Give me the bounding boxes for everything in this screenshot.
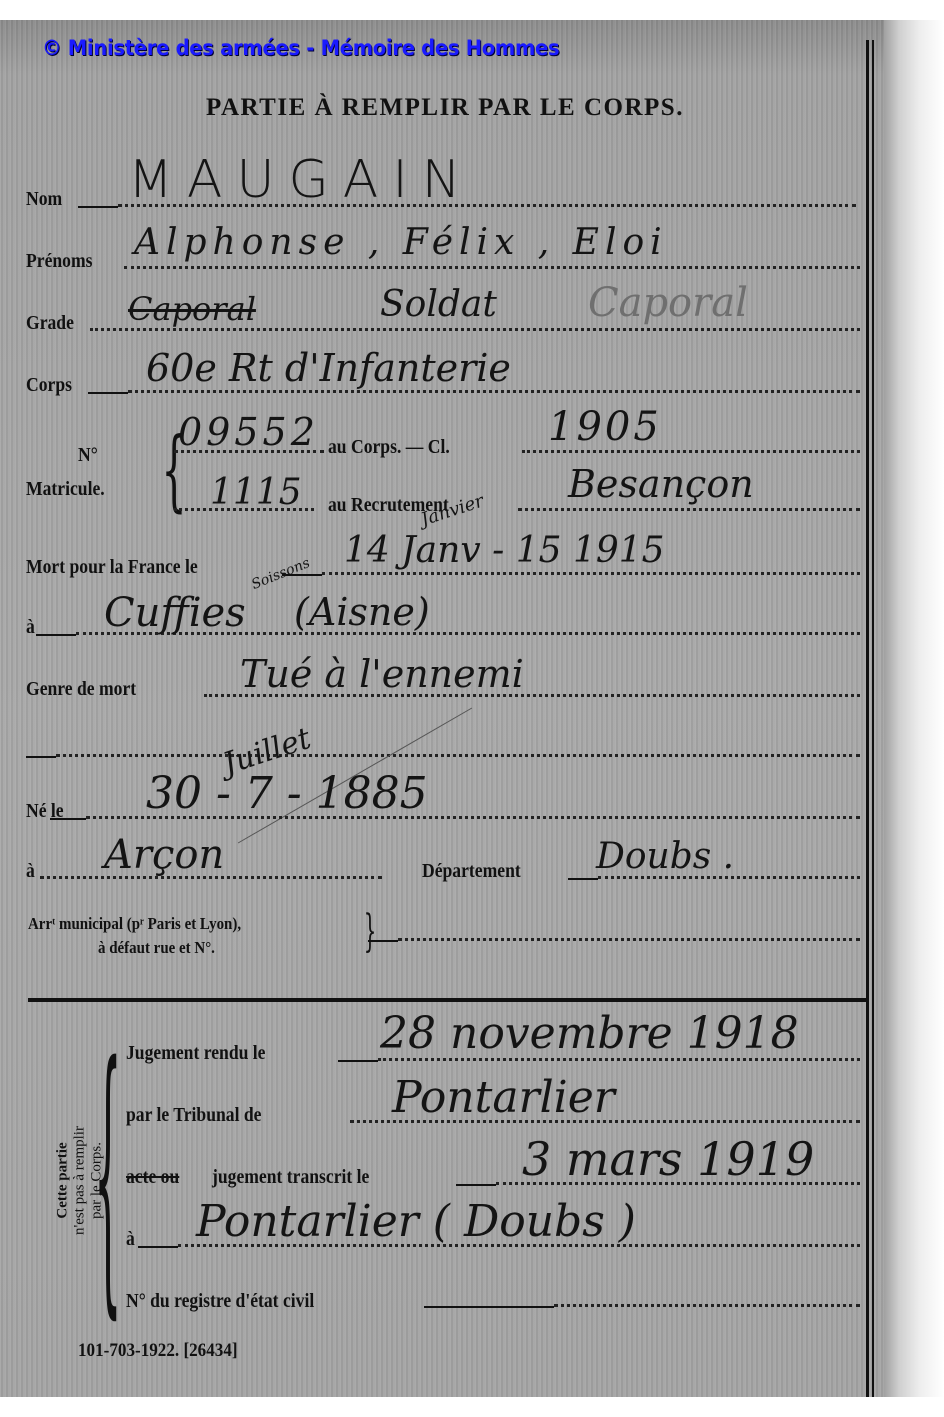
value-jugement-transcrit: 3 mars 1919 <box>522 1132 814 1186</box>
copyright-watermark: © Ministère des armées - Mémoire des Hom… <box>42 36 559 60</box>
dotted-line-registre <box>554 1304 860 1307</box>
side-note-line-2: n'est pas à remplir <box>72 1071 89 1291</box>
value-grade-struck: Caporal <box>128 290 256 328</box>
rule-dash <box>568 878 598 880</box>
label-matricule-no: N° <box>78 444 98 467</box>
dotted-line-blank <box>56 754 860 757</box>
form-reference: 101-703-1922. [26434] <box>78 1340 238 1362</box>
label-acte-ou-struck: acte ou <box>126 1166 179 1189</box>
label-mort: Mort pour la France le <box>26 556 198 579</box>
value-corps: 60e Rt d'Infanterie <box>146 346 511 390</box>
value-grade: Soldat <box>380 284 497 325</box>
dotted-line-arrondissement <box>398 938 860 941</box>
label-tribunal: par le Tribunal de <box>126 1104 261 1127</box>
section-separator <box>28 998 866 1002</box>
form-title: PARTIE À REMPLIR PAR LE CORPS. <box>0 94 890 122</box>
rule-dash <box>138 1246 178 1248</box>
brace-judgment: { <box>94 1030 122 1320</box>
rule-dash <box>88 392 128 394</box>
label-lieu-naissance: à <box>26 860 35 883</box>
label-jugement-transcrit: jugement transcrit le <box>212 1166 369 1189</box>
label-lieu-mort: à <box>26 616 35 639</box>
value-genre-mort: Tué à l'ennemi <box>240 652 524 696</box>
label-au-corps: au Corps. — Cl. <box>328 436 450 459</box>
dotted-line-corps <box>128 390 860 393</box>
label-arrondissement-1: Arrᵗ municipal (pʳ Paris et Lyon), <box>28 914 241 934</box>
side-note-line-1: Cette partie <box>55 1071 72 1291</box>
page-edge-fade <box>884 20 944 1397</box>
rule-dash <box>368 940 398 942</box>
label-prenoms: Prénoms <box>26 250 92 273</box>
value-lieu-mort-dept: (Aisne) <box>294 590 430 634</box>
label-registre: N° du registre d'état civil <box>126 1290 314 1313</box>
value-lieu-mort: Cuffies <box>104 590 246 636</box>
label-arrondissement-2: à défaut rue et N°. <box>98 938 215 958</box>
dotted-line-classe <box>522 450 860 453</box>
label-grade: Grade <box>26 312 74 335</box>
value-matricule-recrutement: 1115 <box>210 472 302 513</box>
rule-dash <box>456 1184 496 1186</box>
value-nom: MAUGAIN <box>128 150 475 210</box>
value-grade-faint: Caporal <box>588 280 748 326</box>
label-corps: Corps <box>26 374 72 397</box>
value-tribunal: Pontarlier <box>392 1072 615 1123</box>
rule-dash <box>338 1060 378 1062</box>
value-recrutement: Besançon <box>568 462 754 506</box>
dotted-line-mort <box>322 572 860 575</box>
label-lieu-transcription: à <box>126 1228 135 1251</box>
value-departement: Doubs . <box>596 836 734 877</box>
margin-rule-left <box>866 40 869 1397</box>
dotted-line-prenoms <box>124 266 860 269</box>
value-jugement-rendu: 28 novembre 1918 <box>380 1008 799 1059</box>
value-mort: 14 Janv - 15 1915 <box>344 530 665 571</box>
brace-arrondissement: } <box>364 910 377 954</box>
rule-dash <box>36 634 76 636</box>
dotted-line-recrutement <box>518 508 860 511</box>
value-naissance: 30 - 7 - 1885 <box>146 768 428 819</box>
rule-dash <box>50 818 86 820</box>
value-lieu-naissance: Arçon <box>104 832 224 878</box>
value-lieu-transcription: Pontarlier ( Doubs ) <box>196 1196 636 1247</box>
label-matricule: Matricule. <box>26 478 105 501</box>
label-departement: Département <box>422 860 521 883</box>
rule-dash <box>424 1306 554 1308</box>
margin-rule-right <box>872 40 874 1397</box>
rule-dash <box>78 206 118 208</box>
label-nom: Nom <box>26 188 62 211</box>
label-genre-mort: Genre de mort <box>26 678 136 701</box>
dotted-line-grade <box>90 328 860 331</box>
value-classe: 1905 <box>548 404 662 450</box>
rule-dash <box>26 756 56 758</box>
value-matricule-corps: 09552 <box>178 410 319 454</box>
label-jugement-rendu: Jugement rendu le <box>126 1042 265 1065</box>
value-prenoms: Alphonse , Félix , Eloi <box>134 222 668 263</box>
